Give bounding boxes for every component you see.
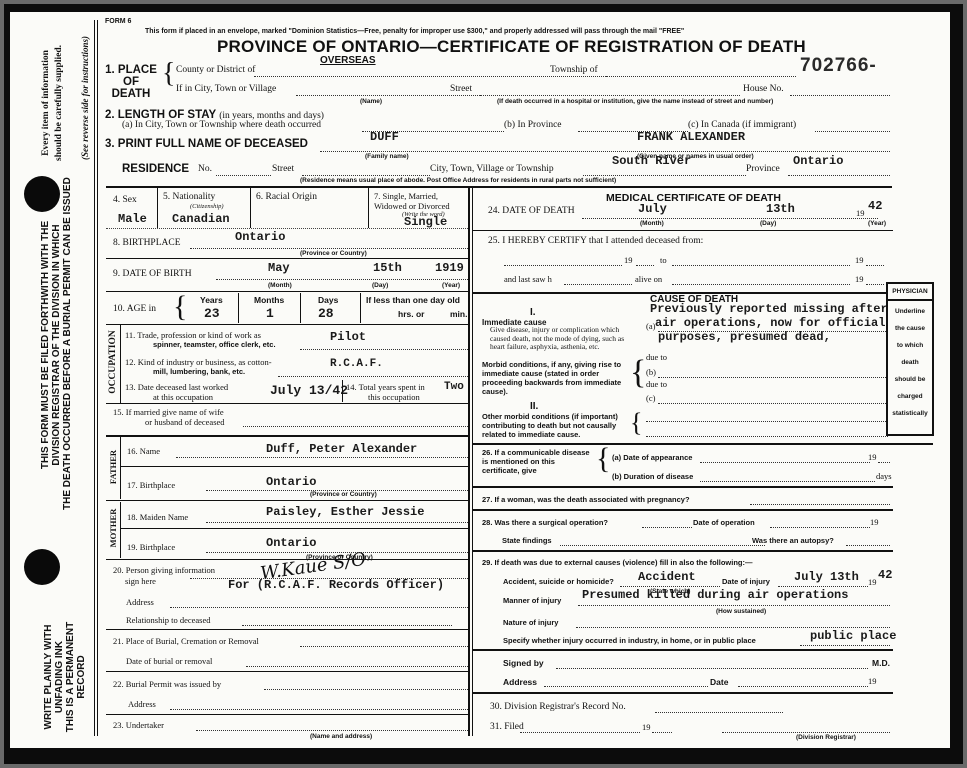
dob-month-caption: (Month): [268, 282, 292, 289]
age-years-value[interactable]: 23: [204, 306, 220, 321]
birthplace-caption: (Province or Country): [300, 250, 367, 257]
undertaker-label: 23. Undertaker: [113, 720, 164, 730]
injury-place-field-line: [800, 645, 890, 646]
margin-ink-line: THIS IS A PERMANENT: [65, 602, 76, 748]
margin-info-line: should be carefully supplied.: [53, 28, 66, 178]
injury-place-value[interactable]: public place: [810, 629, 896, 643]
attend-from-field-line: [504, 265, 622, 266]
alive-on-label: alive on: [635, 274, 662, 284]
last-saw-field-line: [564, 284, 632, 285]
physician-note-line: to which: [888, 337, 932, 354]
cause-b-field-line: [658, 377, 888, 378]
cause-line-1[interactable]: Previously reported missing after: [650, 302, 888, 316]
findings-label: State findings: [502, 536, 552, 545]
signed-date-19: 19: [868, 676, 877, 686]
row-divider: [473, 509, 893, 511]
age-hrs-label: hrs. or: [398, 309, 424, 319]
industry-label-line: mill, lumbering, bank, etc.: [125, 367, 272, 377]
row-divider: [106, 291, 468, 292]
margin-rule: [97, 20, 98, 736]
trade-label: 11. Trade, profession or kind of work as…: [125, 330, 276, 350]
registrar-record-field-line: [655, 712, 783, 713]
attend-to-19: 19: [855, 255, 864, 265]
father-birthplace-label: 17. Birthplace: [127, 480, 175, 490]
column-divider: [472, 188, 473, 736]
registrar-record-label: 30. Division Registrar's Record No.: [490, 702, 626, 712]
burial-date-label: Date of burial or removal: [126, 656, 212, 666]
county-label: County or District of: [176, 65, 255, 75]
burial-permit-field-line: [264, 689, 468, 690]
attend-from-year-line: [636, 265, 654, 266]
physician-note-line: should be: [888, 371, 932, 388]
last-saw-label: and last saw h: [504, 274, 552, 284]
attend-to-label: to: [660, 255, 667, 265]
injury-year[interactable]: 42: [878, 568, 892, 582]
margin-info-note: Every item of information should be care…: [40, 28, 66, 178]
age-months-value[interactable]: 1: [266, 306, 274, 321]
row-divider: [106, 671, 468, 672]
filed-field-line: [520, 732, 640, 733]
mother-divider: [120, 502, 121, 558]
dod-day-caption: (Day): [760, 220, 776, 227]
marital-label-line: 7. Single, Married,: [374, 191, 450, 201]
row-divider: [106, 500, 468, 501]
county-value[interactable]: OVERSEAS: [320, 55, 376, 66]
residence-no-field-line: [216, 175, 271, 176]
margin-ink-line: UNFADING INK: [54, 602, 65, 748]
relationship-label: Relationship to deceased: [126, 615, 211, 625]
alive-on-year-line: [866, 284, 884, 285]
accident-kind-field-line: [620, 586, 720, 587]
cell-divider: [300, 293, 301, 323]
row-divider: [106, 629, 468, 630]
last-worked-label-line: at this occupation: [125, 392, 228, 402]
operation-19: 19: [870, 517, 879, 527]
occupation-divider: [120, 325, 121, 403]
registrar-signature-line: [722, 732, 890, 733]
birthplace-label: 8. BIRTHPLACE: [113, 238, 181, 248]
racial-origin-label: 6. Racial Origin: [256, 192, 317, 202]
stay-city-label: (a) In City, Town or Township where deat…: [122, 120, 321, 130]
father-side-label: FATHER: [108, 438, 118, 496]
residence-city-field-line: [583, 175, 746, 176]
last-worked-value[interactable]: July 13/42: [270, 383, 348, 398]
alive-on-19: 19: [855, 274, 864, 284]
death-certificate: Every item of information should be care…: [10, 12, 950, 748]
cell-divider: [342, 380, 343, 402]
house-no-label: House No.: [743, 84, 784, 94]
dod-month-caption: (Month): [640, 220, 664, 227]
burial-place-field-line: [300, 646, 468, 647]
signed-date-label: Date: [710, 677, 728, 687]
margin-info-line: Every item of information: [40, 28, 53, 178]
attend-to-field-line: [672, 265, 850, 266]
row-divider: [473, 486, 893, 488]
surgical-operation-field-line: [642, 527, 692, 528]
dob-year-caption: (Year): [442, 282, 460, 289]
injury-date-value[interactable]: July 13th: [794, 570, 859, 584]
spouse-field-line: [243, 426, 468, 427]
dod-year-caption: (Year): [868, 220, 886, 227]
undertaker-field-line: [196, 730, 468, 731]
age-days-label: Days: [318, 295, 338, 305]
autopsy-field-line: [846, 545, 890, 546]
punch-hole-bottom: [24, 549, 60, 585]
findings-field-line: [560, 545, 765, 546]
physician-note-line: the cause: [888, 320, 932, 337]
appearance-date-label: (a) Date of appearance: [612, 453, 692, 462]
family-name-caption: (Family name): [365, 153, 409, 160]
signed-by-field-line: [556, 668, 868, 669]
manner-of-injury-value[interactable]: Presumed killed during air operations: [582, 588, 848, 602]
appearance-19: 19: [868, 452, 877, 462]
spouse-label: 15. If married give name of wife or husb…: [113, 407, 225, 427]
stay-province-label: (b) In Province: [504, 120, 562, 130]
injury-date-field-line: [778, 586, 868, 587]
spouse-label-line: 15. If married give name of wife: [113, 407, 225, 417]
house-no-field-line: [790, 95, 890, 96]
nationality-label: 5. Nationality: [163, 192, 215, 202]
father-birthplace-value[interactable]: Ontario: [266, 475, 316, 489]
margin-ink-line: WRITE PLAINLY WITH: [43, 602, 54, 748]
cell-divider: [238, 293, 239, 323]
years-in-occupation-label: 14. Total years spent in this occupation: [346, 382, 425, 402]
row-divider: [106, 228, 468, 229]
row-divider: [473, 230, 893, 231]
physician-note-line: death: [888, 354, 932, 371]
postal-note: This form if placed in an envelope, mark…: [145, 28, 684, 35]
residence-province-value[interactable]: Ontario: [793, 154, 843, 168]
years-in-occupation-value[interactable]: Two: [444, 381, 464, 393]
header-divider: [106, 186, 892, 188]
filed-19: 19: [642, 722, 651, 732]
margin-rule: [94, 20, 95, 736]
operation-date-field-line: [770, 527, 870, 528]
brace-icon: {: [630, 410, 642, 436]
trade-label-line: spinner, teamster, office clerk, etc.: [125, 340, 276, 350]
physician-note-line: Underline: [888, 303, 932, 320]
deceased-family-name[interactable]: DUFF: [370, 130, 399, 144]
residence-city-label: City, Town, Village or Township: [430, 164, 554, 174]
mother-birthplace-label: 19. Birthplace: [127, 542, 175, 552]
stay-canada-label: (c) In Canada (if immigrant): [688, 120, 796, 130]
cell-divider: [250, 188, 251, 228]
signer-address-label: Address: [503, 677, 537, 687]
row-divider: [473, 649, 893, 651]
father-divider: [120, 437, 121, 499]
margin-filing-note: THIS FORM MUST BE FILED FORTHWITH WITH T…: [40, 180, 73, 510]
row-divider: [473, 443, 933, 445]
certificate-number: 702766-: [800, 55, 877, 77]
mother-maiden-field-line: [206, 522, 468, 523]
immediate-cause-description: Give disease, injury or complication whi…: [490, 326, 635, 352]
manner-of-injury-caption: (How sustained): [716, 608, 766, 615]
autopsy-label: Was there an autopsy?: [752, 536, 834, 545]
physician-note-line: statistically: [888, 405, 932, 422]
trade-field-line: [300, 349, 468, 350]
cause-c-marker: (c): [646, 393, 655, 403]
duration-days-label: days: [876, 471, 892, 481]
injury-year-prefix: 19: [868, 577, 877, 587]
city-field-line: [296, 95, 486, 96]
age-days-value[interactable]: 28: [318, 306, 334, 321]
informant-label: 20. Person giving information sign here: [113, 565, 215, 587]
manner-of-injury-field-line: [578, 605, 890, 606]
cause-c-field-line: [658, 403, 888, 404]
mother-maiden-value[interactable]: Paisley, Esther Jessie: [266, 505, 424, 519]
row-divider: [106, 403, 468, 404]
deceased-given-names[interactable]: FRANK ALEXANDER: [637, 130, 745, 144]
operation-date-label: Date of operation: [693, 518, 755, 527]
residence-street-field-line: [302, 175, 430, 176]
disease-duration-field-line: [700, 481, 875, 482]
residence-province-label: Province: [746, 164, 780, 174]
brace-icon: {: [596, 444, 610, 474]
brace-icon: {: [173, 292, 187, 322]
manner-of-injury-label: Manner of injury: [503, 596, 561, 605]
deceased-name-label: 3. PRINT FULL NAME OF DECEASED: [105, 138, 308, 150]
signed-date-field-line: [738, 686, 868, 687]
mother-side-label: MOTHER: [108, 502, 118, 554]
residence-label: RESIDENCE: [122, 163, 189, 175]
nationality-value[interactable]: Canadian: [172, 212, 230, 226]
margin-filing-line: DIVISION REGISTRAR OF THE DIVISION IN WH…: [51, 180, 62, 510]
father-name-field-line: [176, 457, 468, 458]
marital-status-label: 7. Single, Married, Widowed or Divorced: [374, 191, 450, 211]
years-label-line: 14. Total years spent in: [346, 382, 425, 392]
industry-label: 12. Kind of industry or business, as cot…: [125, 357, 272, 377]
city-caption: (Name): [360, 98, 382, 105]
nature-of-injury-label: Nature of injury: [503, 618, 558, 627]
certify-label: 25. I HEREBY CERTIFY that I attended dec…: [488, 236, 703, 246]
cause-numeral-i: I.: [530, 307, 536, 318]
informant-label-line: 20. Person giving information: [113, 565, 215, 576]
deceased-name-field-line: [320, 151, 890, 152]
residence-no-label: No.: [198, 164, 212, 174]
cell-divider: [157, 188, 158, 228]
industry-value[interactable]: R.C.A.F.: [330, 358, 383, 370]
row-divider: [473, 550, 893, 552]
dob-year[interactable]: 1919: [435, 261, 464, 275]
father-name-label: 16. Name: [127, 446, 160, 456]
cause-line-3[interactable]: purposes, presumed dead,: [658, 330, 831, 344]
informant-address-field-line: [170, 607, 468, 608]
medical-heading: MEDICAL CERTIFICATE OF DEATH: [606, 192, 781, 204]
place-of-death-label-line: DEATH: [105, 88, 157, 100]
appearance-date-field-line: [700, 462, 870, 463]
last-worked-label-line: 13. Date deceased last worked: [125, 382, 228, 392]
brace-icon: {: [162, 60, 175, 88]
row-divider: [473, 692, 893, 694]
column-divider: [468, 188, 470, 736]
age-less-than-day-label: If less than one day old: [366, 295, 460, 305]
due-to-1-label: due to: [646, 352, 667, 362]
mother-birthplace-value[interactable]: Ontario: [266, 536, 316, 550]
dod-day[interactable]: 13th: [766, 202, 795, 216]
margin-filing-line: THE DEATH OCCURRED BEFORE A BURIAL PERMI…: [62, 180, 73, 510]
margin-filing-line: THIS FORM MUST BE FILED FORTHWITH WITH T…: [40, 180, 51, 510]
dob-month[interactable]: May: [268, 261, 290, 275]
injury-date-label: Date of injury: [722, 577, 770, 586]
physician-heading: PHYSICIAN: [888, 284, 932, 301]
father-birthplace-caption: (Province or Country): [310, 491, 377, 498]
industry-field-line: [278, 376, 468, 377]
communicable-disease-label: 26. If a communicable disease is mention…: [482, 448, 594, 475]
margin-instructions-note: (See reverse side for instructions): [80, 18, 90, 178]
filed-label: 31. Filed: [490, 722, 524, 732]
certificate-title: PROVINCE OF ONTARIO—CERTIFICATE OF REGIS…: [217, 37, 806, 57]
md-label: M.D.: [872, 658, 890, 668]
surgical-operation-label: 28. Was there a surgical operation?: [482, 518, 608, 527]
row-divider: [106, 714, 468, 715]
informant-address-label: Address: [126, 597, 154, 607]
spouse-label-line: or husband of deceased: [113, 417, 225, 427]
other-conditions-line-1: [646, 421, 888, 422]
due-to-2-label: due to: [646, 379, 667, 389]
physician-note-line: charged: [888, 388, 932, 405]
attend-from-19: 19: [624, 255, 633, 265]
nationality-caption: (Citizenship): [190, 203, 224, 210]
sex-value[interactable]: Male: [118, 212, 147, 226]
institution-note: (If death occurred in a hospital or inst…: [497, 98, 773, 105]
dob-day[interactable]: 15th: [373, 261, 402, 275]
age-months-label: Months: [254, 295, 284, 305]
disease-duration-label: (b) Duration of disease: [612, 472, 693, 481]
cause-b-marker: (b): [646, 367, 656, 377]
row-divider: [120, 466, 468, 467]
age-years-label: Years: [200, 295, 223, 305]
morbid-conditions-label: Morbid conditions, if any, giving rise t…: [482, 360, 627, 396]
residence-province-field-line: [788, 175, 890, 176]
row-divider: [106, 435, 468, 437]
place-of-death-label-line: 1. PLACE: [105, 64, 157, 76]
residence-note: (Residence means usual place of abode. P…: [300, 177, 616, 184]
date-of-death-field-line: [582, 218, 878, 219]
marital-label-line: Widowed or Divorced: [374, 201, 450, 211]
dob-day-caption: (Day): [372, 282, 388, 289]
external-causes-label: 29. If death was due to external causes …: [482, 558, 752, 567]
street-field-line: [480, 95, 740, 96]
residence-street-label: Street: [272, 164, 294, 174]
dob-field-line: [216, 279, 468, 280]
cell-divider: [368, 188, 369, 228]
appearance-year-line: [878, 462, 890, 463]
alive-on-field-line: [672, 284, 850, 285]
pregnancy-field-line: [750, 504, 890, 505]
attend-to-year-line: [866, 265, 884, 266]
marital-status-value[interactable]: Single: [404, 215, 447, 229]
relationship-field-line: [242, 625, 452, 626]
row-divider: [120, 528, 468, 529]
margin-ink-line: RECORD: [76, 602, 87, 748]
industry-label-line: 12. Kind of industry or business, as cot…: [125, 357, 272, 367]
birthplace-field-line: [190, 248, 468, 249]
physician-note: Underline the cause to which death shoul…: [888, 301, 932, 422]
burial-permit-address-field-line: [170, 709, 468, 710]
form-number: FORM 6: [105, 18, 131, 25]
cell-divider: [360, 293, 361, 323]
cause-numeral-ii: II.: [530, 401, 538, 412]
city-label: If in City, Town or Village: [176, 84, 276, 94]
last-worked-label: 13. Date deceased last worked at this oc…: [125, 382, 228, 402]
registrar-caption: (Division Registrar): [796, 734, 856, 741]
accident-kind-value[interactable]: Accident: [638, 570, 696, 584]
other-conditions-line-2: [646, 436, 888, 437]
place-of-death-label: 1. PLACE OF DEATH: [105, 64, 157, 100]
physician-box: PHYSICIAN Underline the cause to which d…: [886, 282, 934, 436]
row-divider: [106, 324, 468, 325]
signed-by-label: Signed by: [503, 658, 544, 668]
sex-label: 4. Sex: [113, 195, 137, 205]
age-min-label: min.: [450, 309, 467, 319]
mother-maiden-label: 18. Maiden Name: [127, 512, 188, 522]
dob-label: 9. DATE OF BIRTH: [113, 269, 192, 279]
other-conditions-label: Other morbid conditions (if important) c…: [482, 412, 632, 439]
dod-year-prefix: 19: [856, 208, 865, 218]
birthplace-value[interactable]: Ontario: [235, 230, 285, 244]
occupation-side-label: OCCUPATION: [108, 326, 118, 398]
age-label: 10. AGE in: [113, 304, 156, 314]
cause-line-2[interactable]: air operations, now for official: [655, 316, 885, 330]
informant-for-value[interactable]: For (R.C.A.F. Records Officer): [228, 578, 444, 592]
father-name-value[interactable]: Duff, Peter Alexander: [266, 442, 417, 456]
burial-place-label: 21. Place of Burial, Cremation or Remova…: [113, 636, 259, 646]
row-divider: [106, 258, 468, 259]
place-of-death-label-line: OF: [105, 76, 157, 88]
filed-year-line: [652, 732, 672, 733]
street-label: Street: [450, 84, 472, 94]
undertaker-caption: (Name and address): [310, 733, 372, 740]
dod-month[interactable]: July: [638, 202, 667, 216]
burial-permit-label: 22. Burial Permit was issued by: [113, 679, 221, 689]
injury-place-label: Specify whether injury occurred in indus…: [503, 636, 756, 645]
township-label: Township of: [550, 65, 598, 75]
nature-of-injury-field-line: [576, 627, 890, 628]
years-label-line: this occupation: [346, 392, 425, 402]
pregnancy-label: 27. If a woman, was the death associated…: [482, 495, 690, 504]
burial-permit-address-label: Address: [128, 699, 156, 709]
signer-address-field-line: [544, 686, 708, 687]
trade-value[interactable]: Pilot: [330, 330, 366, 344]
stay-canada-field-line: [815, 131, 890, 132]
burial-date-field-line: [246, 666, 468, 667]
brace-icon: {: [630, 356, 646, 390]
trade-label-line: 11. Trade, profession or kind of work as: [125, 330, 276, 340]
dod-year[interactable]: 42: [868, 199, 882, 213]
residence-city-value[interactable]: South River: [612, 154, 691, 168]
margin-ink-note: WRITE PLAINLY WITH UNFADING INK THIS IS …: [43, 602, 87, 748]
accident-kind-label: Accident, suicide or homicide?: [503, 577, 614, 586]
township-field-line: [606, 76, 796, 77]
date-of-death-label: 24. DATE OF DEATH: [488, 206, 575, 216]
